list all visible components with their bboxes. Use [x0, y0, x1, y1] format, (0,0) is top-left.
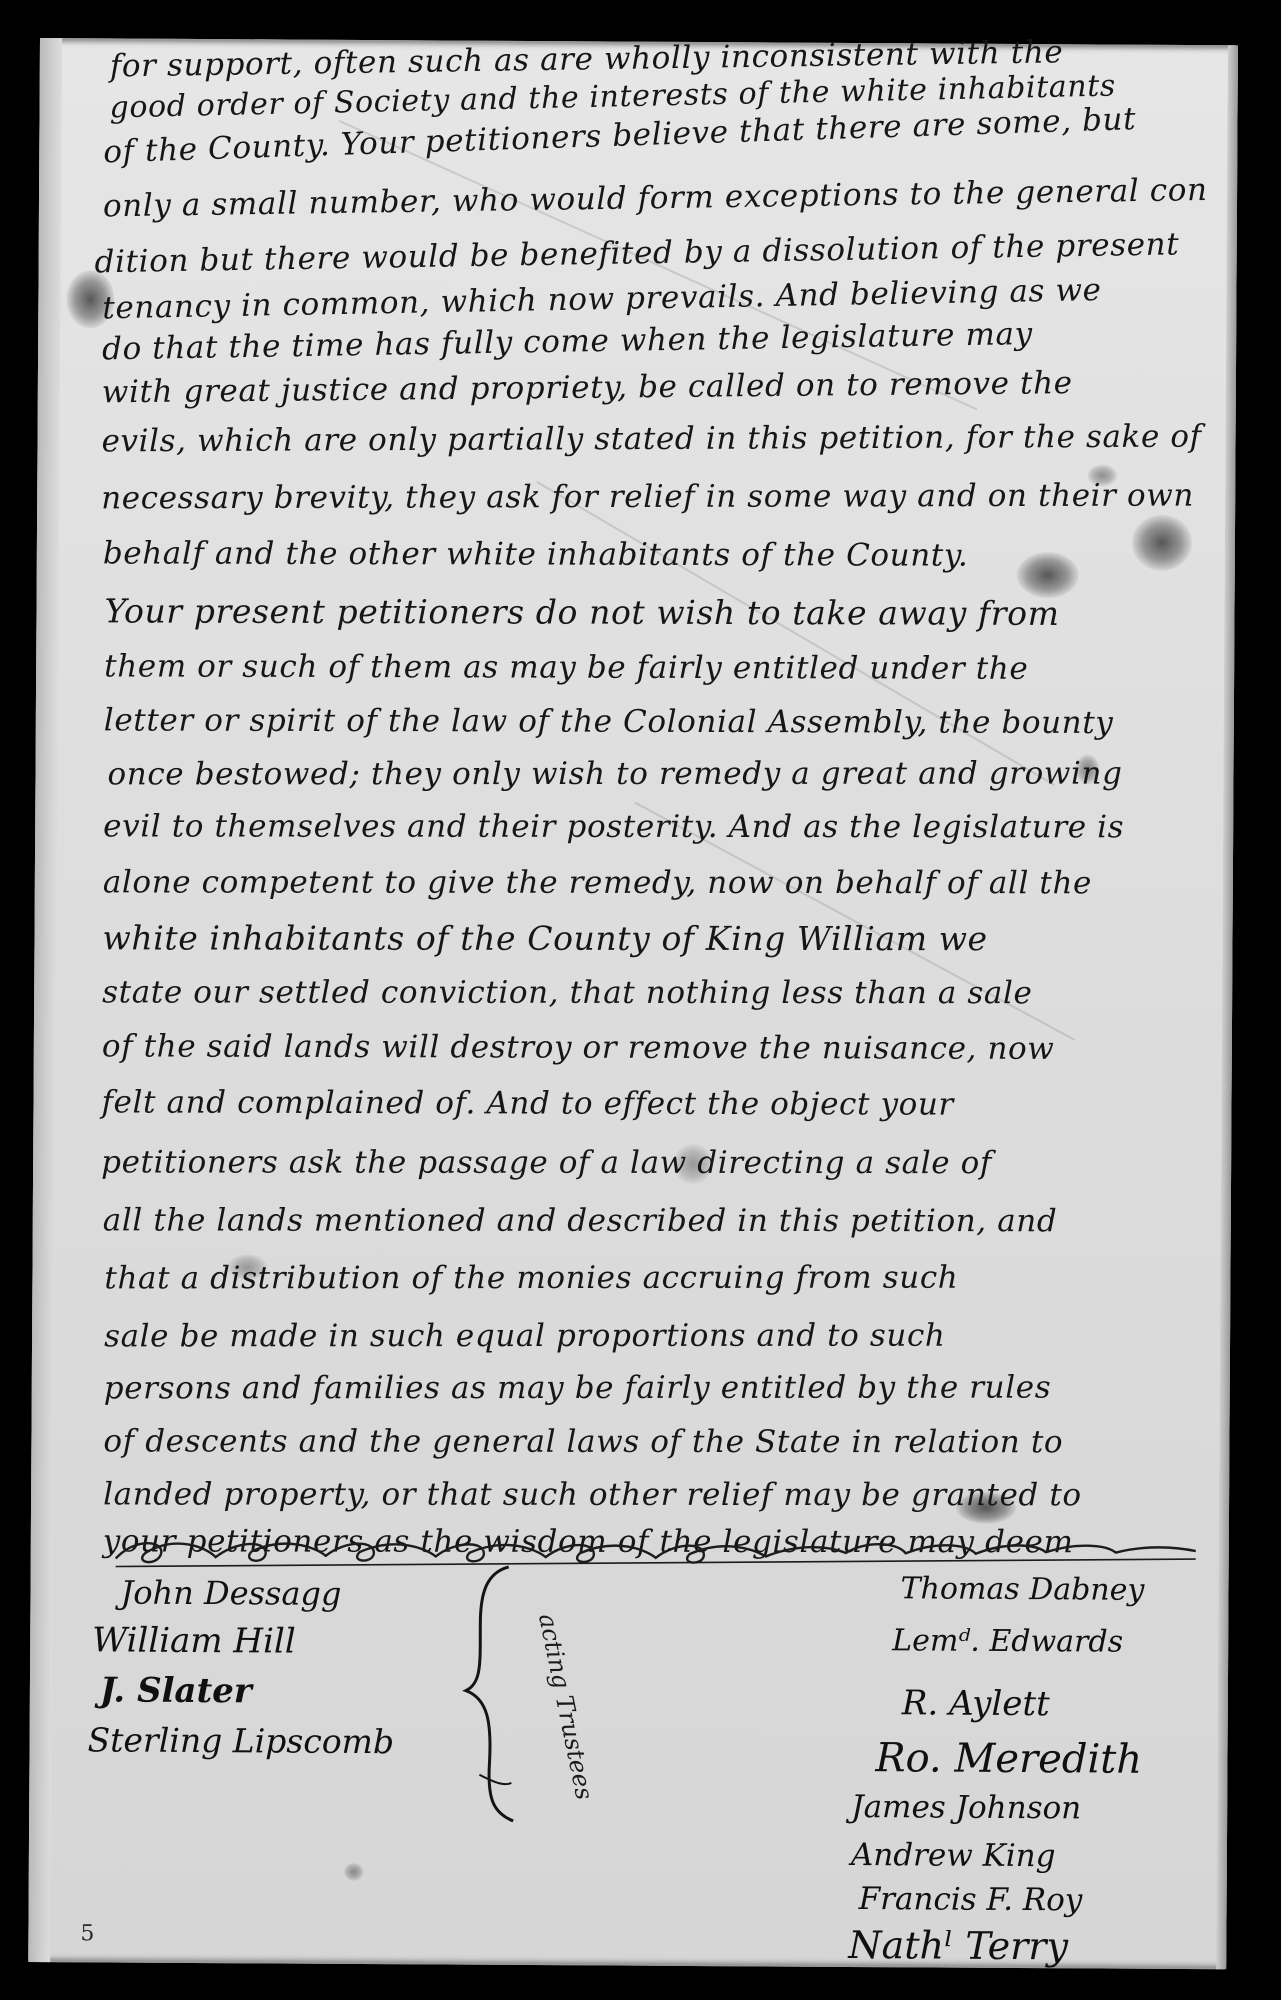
signature-right-2: Lemᵈ. Edwards: [892, 1623, 1123, 1659]
body-line-5: dition but there would be benefited by a…: [94, 226, 1204, 280]
page-number: 5: [80, 1921, 94, 1946]
signature-right-1: Thomas Dabney: [900, 1571, 1144, 1607]
body-line-4: only a small number, who would form exce…: [103, 172, 1213, 224]
body-line-25: sale be made in such equal proportions a…: [104, 1317, 1214, 1354]
body-line-19: state our settled conviction, that nothi…: [102, 974, 1212, 1011]
signature-right-6: Andrew King: [851, 1837, 1056, 1874]
body-line-9: evils, which are only partially stated i…: [101, 419, 1211, 460]
signature-right-4: Ro. Meredith: [875, 1735, 1142, 1783]
body-line-21: felt and complained of. And to effect th…: [101, 1084, 1211, 1123]
body-line-24: that a distribution of the monies accrui…: [104, 1259, 1214, 1296]
body-line-18: white inhabitants of the County of King …: [102, 918, 1212, 958]
body-line-11: behalf and the other white inhabitants o…: [103, 535, 1213, 574]
body-line-20: of the said lands will destroy or remove…: [102, 1028, 1212, 1067]
body-line-14: letter or spirit of the law of the Colon…: [104, 702, 1214, 741]
body-line-15: once bestowed; they only wish to remedy …: [107, 755, 1217, 792]
signature-left-4: Sterling Lipscomb: [87, 1720, 394, 1761]
body-line-16: evil to themselves and their posterity. …: [103, 808, 1213, 845]
page-left-edge: [28, 38, 62, 1962]
signature-left-3: J. Slater: [100, 1670, 252, 1711]
ink-blot: [344, 1863, 364, 1881]
body-line-17: alone competent to give the remedy, now …: [103, 864, 1213, 901]
brace-bracket: [457, 1563, 519, 1823]
body-line-12: Your present petitioners do not wish to …: [104, 591, 1214, 633]
body-line-13: them or such of them as may be fairly en…: [104, 648, 1214, 687]
signature-left-2: William Hill: [92, 1620, 296, 1661]
signature-right-3: R. Aylett: [902, 1683, 1050, 1724]
document-page: for support, often such as are wholly in…: [28, 38, 1238, 1969]
signature-left-1: John Dessagg: [120, 1574, 341, 1613]
signature-right-7: Francis F. Roy: [859, 1881, 1083, 1918]
page-right-edge: [1216, 45, 1238, 1969]
body-line-22: petitioners ask the passage of a law dir…: [101, 1144, 1211, 1181]
body-line-10: necessary brevity, they ask for relief i…: [101, 477, 1211, 516]
body-line-27: of descents and the general laws of the …: [103, 1423, 1213, 1460]
signature-right-8: Nathˡ Terry: [848, 1923, 1068, 1968]
body-line-23: all the lands mentioned and described in…: [103, 1202, 1213, 1239]
body-line-28: landed property, or that such other reli…: [103, 1476, 1213, 1513]
signature-right-5: James Johnson: [851, 1789, 1081, 1826]
body-line-26: persons and families as may be fairly en…: [104, 1369, 1214, 1406]
body-line-8: with great justice and propriety, be cal…: [102, 364, 1212, 411]
acting-trustees-note: acting Trustees: [533, 1611, 599, 1802]
